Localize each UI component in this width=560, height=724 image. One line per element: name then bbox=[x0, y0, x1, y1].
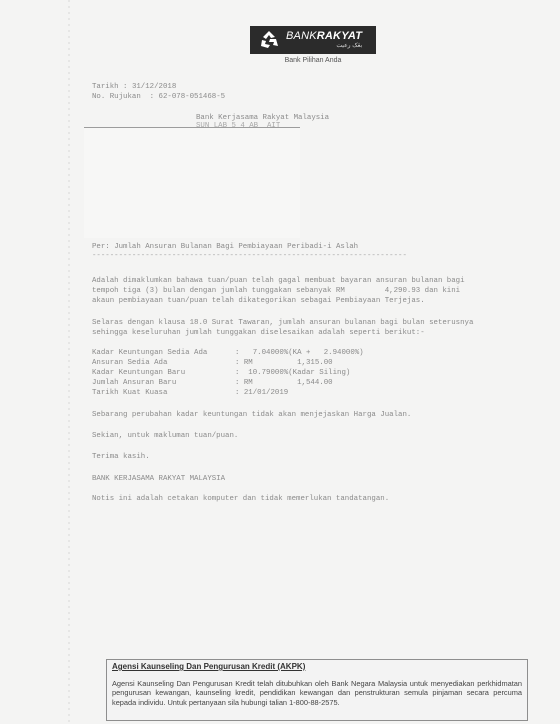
akpk-info-box: Agensi Kaunseling Dan Pengurusan Kredit … bbox=[106, 659, 528, 721]
paragraph-2-line-1: Selaras dengan klausa 18.0 Surat Tawaran… bbox=[92, 318, 473, 328]
akpk-body: Agensi Kaunseling Dan Pengurusan Kredit … bbox=[112, 679, 522, 707]
date-line: Tarikh : 31/12/2018 bbox=[92, 82, 176, 92]
signatory: BANK KERJASAMA RAKYAT MALAYSIA bbox=[92, 474, 225, 484]
akpk-title: Agensi Kaunseling Dan Pengurusan Kredit … bbox=[112, 662, 522, 671]
bank-rakyat-logo-icon bbox=[258, 29, 280, 51]
computer-generated-notice: Notis ini adalah cetakan komputer dan ti… bbox=[92, 494, 389, 504]
paragraph-3: Sebarang perubahan kadar keuntungan tida… bbox=[92, 410, 411, 420]
tagline: Bank Pilihan Anda bbox=[250, 57, 376, 64]
subject-underline: ----------------------------------------… bbox=[92, 251, 407, 261]
reference-line: No. Rujukan : 62-078-051468-5 bbox=[92, 92, 225, 102]
bank-logo: BANKRAKYAT بڠک رعيت bbox=[250, 26, 376, 54]
redacted-address-area bbox=[84, 128, 300, 238]
paragraph-1-line-1: Adalah dimaklumkan bahawa tuan/puan tela… bbox=[92, 276, 465, 286]
detail-effective-date: Tarikh Kuat Kuasa: 21/01/2019 bbox=[92, 388, 288, 398]
paragraph-1-line-3: akaun pembiayaan tuan/puan telah dikateg… bbox=[92, 296, 425, 306]
paper-perforation-edge bbox=[68, 0, 70, 724]
brand-jawi: بڠک رعيت bbox=[286, 43, 362, 49]
detail-new-installment: Jumlah Ansuran Baru: RM 1,544.00 bbox=[92, 378, 333, 388]
paragraph-2-line-2: sehingga keseluruhan jumlah tunggakan di… bbox=[92, 328, 425, 338]
logo-text: BANKRAKYAT بڠک رعيت bbox=[286, 31, 362, 49]
detail-current-rate: Kadar Keuntungan Sedia Ada: 7.04000%(KA … bbox=[92, 348, 364, 358]
detail-current-installment: Ansuran Sedia Ada: RM 1,315.00 bbox=[92, 358, 333, 368]
detail-new-rate: Kadar Keuntungan Baru: 10.79000%(Kadar S… bbox=[92, 368, 350, 378]
brand-name: BANKRAKYAT bbox=[286, 31, 362, 42]
closing: Terima kasih. bbox=[92, 452, 150, 462]
paragraph-1-line-2: tempoh tiga (3) bulan dengan jumlah tung… bbox=[92, 286, 460, 296]
paragraph-4: Sekian, untuk makluman tuan/puan. bbox=[92, 431, 238, 441]
